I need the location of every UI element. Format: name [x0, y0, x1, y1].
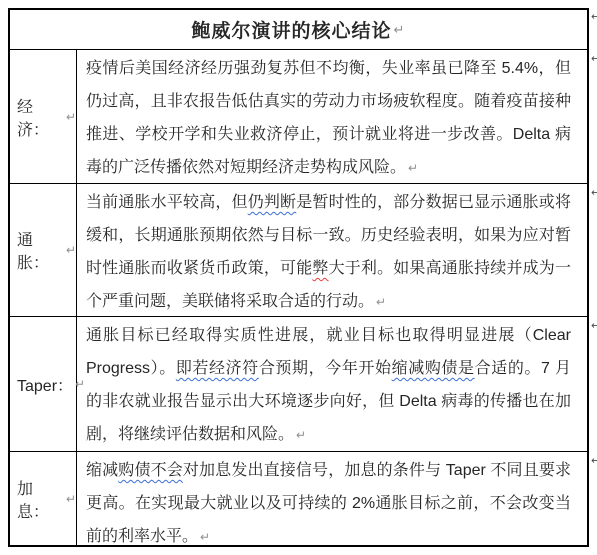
- row-content-text: 通胀目标已经取得实质性进展，就业目标也取得明显进展（Clear Progress…: [86, 327, 571, 443]
- row-end-mark-icon: ↵: [591, 456, 597, 467]
- row-end-mark-icon: ↵: [591, 12, 597, 23]
- table-row-economy: 经济：↵ 疫情后美国经济经历强劲复苏但不均衡，失业率虽已降至 5.4%，但仍过高…: [10, 50, 587, 184]
- table-row-taper: Taper：↵ 通胀目标已经取得实质性进展，就业目标也取得明显进展（Clear …: [10, 317, 587, 452]
- paragraph-mark-icon: ↵: [294, 428, 306, 442]
- table-title-row: 鲍威尔演讲的核心结论↵: [10, 10, 587, 50]
- paragraph-mark-icon: ↵: [64, 492, 76, 506]
- paragraph-mark-icon: ↵: [64, 243, 76, 257]
- row-label-text: 加息：: [17, 476, 64, 522]
- row-label-text: Taper：: [17, 373, 73, 396]
- row-label-text: 通胀：: [17, 227, 64, 273]
- document-page: 鲍威尔演讲的核心结论↵ 经济：↵ 疫情后美国经济经历强劲复苏但不均衡，失业率虽已…: [0, 0, 597, 555]
- row-label-taper: Taper：↵: [10, 317, 77, 451]
- row-content-text: 缩减购债不会对加息发出直接信号，加息的条件与 Taper 不同且要求更高。在实现…: [86, 462, 571, 545]
- row-label-inflation: 通胀：↵: [10, 184, 77, 316]
- table-title: 鲍威尔演讲的核心结论: [192, 16, 392, 43]
- paragraph-mark-icon: ↵: [406, 161, 418, 175]
- paragraph-mark-icon: ↵: [392, 22, 406, 38]
- row-content-inflation: 当前通胀水平较高，但仍判断是暂时性的，部分数据已显示通胀或将缓和，长期通胀预期依…: [77, 184, 587, 316]
- row-label-text: 经济：: [17, 94, 64, 140]
- paragraph-mark-icon: ↵: [64, 110, 76, 124]
- table-row-inflation: 通胀：↵ 当前通胀水平较高，但仍判断是暂时性的，部分数据已显示通胀或将缓和，长期…: [10, 184, 587, 317]
- row-end-mark-icon: ↵: [591, 54, 597, 65]
- table-row-rate-hike: 加息：↵ 缩减购债不会对加息发出直接信号，加息的条件与 Taper 不同且要求更…: [10, 452, 587, 545]
- row-content-rate-hike: 缩减购债不会对加息发出直接信号，加息的条件与 Taper 不同且要求更高。在实现…: [77, 452, 587, 545]
- row-content-economy: 疫情后美国经济经历强劲复苏但不均衡，失业率虽已降至 5.4%，但仍过高，且非农报…: [77, 50, 587, 183]
- row-label-economy: 经济：↵: [10, 50, 77, 183]
- row-content-text: 疫情后美国经济经历强劲复苏但不均衡，失业率虽已降至 5.4%，但仍过高，且非农报…: [86, 60, 571, 176]
- row-end-mark-icon: ↵: [591, 188, 597, 199]
- row-label-rate-hike: 加息：↵: [10, 452, 77, 545]
- row-content-text: 当前通胀水平较高，但仍判断是暂时性的，部分数据已显示通胀或将缓和，长期通胀预期依…: [86, 194, 571, 310]
- row-end-mark-icon: ↵: [591, 321, 597, 332]
- paragraph-mark-icon: ↵: [198, 530, 210, 544]
- row-content-taper: 通胀目标已经取得实质性进展，就业目标也取得明显进展（Clear Progress…: [77, 317, 587, 451]
- powell-summary-table: 鲍威尔演讲的核心结论↵ 经济：↵ 疫情后美国经济经历强劲复苏但不均衡，失业率虽已…: [8, 8, 589, 547]
- paragraph-mark-icon: ↵: [374, 295, 386, 309]
